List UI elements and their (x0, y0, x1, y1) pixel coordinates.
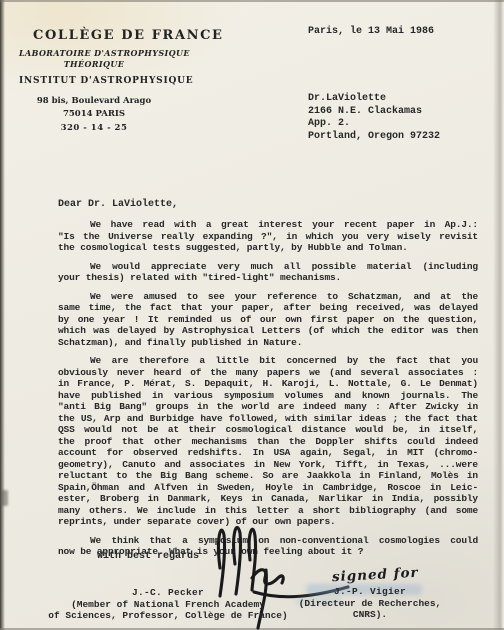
body-line: ester, Broberg in Danmark, Keys in Canad… (58, 493, 478, 505)
body-line: your thesis) related with "tired-light" … (58, 272, 478, 284)
body-line: We are therefore a little bit concerned … (58, 355, 478, 367)
body-line: account for observed redshifts. In USA a… (58, 447, 478, 459)
paragraph: We have read with a great interest your … (58, 219, 478, 254)
body-line: "anti Big Bang" groups in the world are … (58, 401, 478, 413)
closing-phrase: With best regards (97, 551, 199, 562)
body-line: We have read with a great interest your … (58, 219, 478, 231)
signed-for-handwritten-note: signed for (332, 565, 419, 586)
letterhead: COLLÈGE DE FRANCE LABORATOIRE D'ASTROPHY… (19, 28, 169, 133)
body-line: QSS would not be at their cosmological d… (58, 424, 478, 436)
body-line: by one year ! It reminded us of our own … (58, 314, 478, 326)
signature-block-vigier: J.-P. Vigier (Directeur de Recherches, C… (285, 586, 455, 621)
institute-name: INSTITUT D'ASTROPHYSIQUE (19, 76, 169, 86)
body-line: the proof that other mechanisms than the… (58, 436, 478, 448)
scan-edge-top (0, 0, 504, 2)
paragraph: We are therefore a little bit concerned … (58, 355, 478, 528)
letter-body: We have read with a great interest your … (58, 219, 478, 565)
institution-name: COLLÈGE DE FRANCE (33, 28, 183, 43)
body-line: We were amused to see your reference to … (58, 291, 478, 303)
body-line: many others. We include in this letter a… (58, 505, 478, 517)
body-line: the US, Arp and Burbidge have followed, … (58, 413, 478, 425)
body-line: same time, the fact that your paper, aft… (58, 302, 478, 314)
scan-artifact-mark (1, 490, 8, 506)
signatory-title-vigier-line1: (Directeur de Recherches, (285, 598, 455, 610)
body-line: Schatzman), and finally published in Nat… (58, 337, 478, 349)
recipient-apartment: App. 2. (308, 118, 440, 131)
scanned-letter-page: COLLÈGE DE FRANCE LABORATOIRE D'ASTROPHY… (0, 0, 504, 630)
dateline: Paris, le 13 Mai 1986 (308, 26, 434, 37)
body-line: geometry), Canuto and associates in New … (58, 459, 478, 471)
letterhead-street: 98 bis, Boulevard Arago (19, 96, 169, 106)
recipient-address: Dr.LaViolette 2166 N.E. Clackamas App. 2… (308, 93, 440, 143)
signature-block-pecker: J.-C. Pecker (Member of National French … (40, 587, 296, 622)
letterhead-city: 75014 PARIS (19, 109, 169, 119)
signatory-title-pecker-line1: (Member of National French Academy (40, 599, 296, 611)
body-line: the cosmological tests suggested, partly… (58, 242, 478, 254)
body-line: reluctant to the Big Bang scheme. So are… (58, 470, 478, 482)
body-line: have published in various symposium volu… (58, 390, 478, 402)
recipient-city: Portland, Oregon 97232 (308, 131, 440, 144)
signatory-title-vigier-line2: CNRS). (285, 609, 455, 621)
signatory-name-vigier: J.-P. Vigier (285, 586, 455, 598)
letterhead-phone: 320 - 14 - 25 (19, 123, 169, 133)
recipient-street: 2166 N.E. Clackamas (308, 106, 440, 119)
body-line: in France, P. Mérat, S. Depaquit, H. Kar… (58, 378, 478, 390)
body-line: "Is the Universe really expanding ?", in… (58, 231, 478, 243)
scan-edge-left (0, 0, 5, 630)
signatory-title-pecker-line2: of Sciences, Professor, Collège de Franc… (40, 610, 296, 622)
laboratory-name-line2: THÉORIQUE (19, 59, 169, 69)
paragraph: We were amused to see your reference to … (58, 291, 478, 349)
recipient-name: Dr.LaViolette (308, 93, 440, 106)
laboratory-name-line1: LABORATOIRE D'ASTROPHYSIQUE (19, 48, 169, 58)
salutation: Dear Dr. LaViolette, (58, 199, 178, 210)
body-line: which was delayed by Astrophysical Lette… (58, 325, 478, 337)
signatory-name-pecker: J.-C. Pecker (40, 587, 296, 599)
scan-edge-right (493, 0, 504, 630)
paragraph: We would appreciate very much all possib… (58, 261, 478, 284)
body-line: We would appreciate very much all possib… (58, 261, 478, 273)
body-line: obviously never heard of the many papers… (58, 367, 478, 379)
body-line: Spain,Öhman and Alfven in Sweden, Hoyle … (58, 482, 478, 494)
